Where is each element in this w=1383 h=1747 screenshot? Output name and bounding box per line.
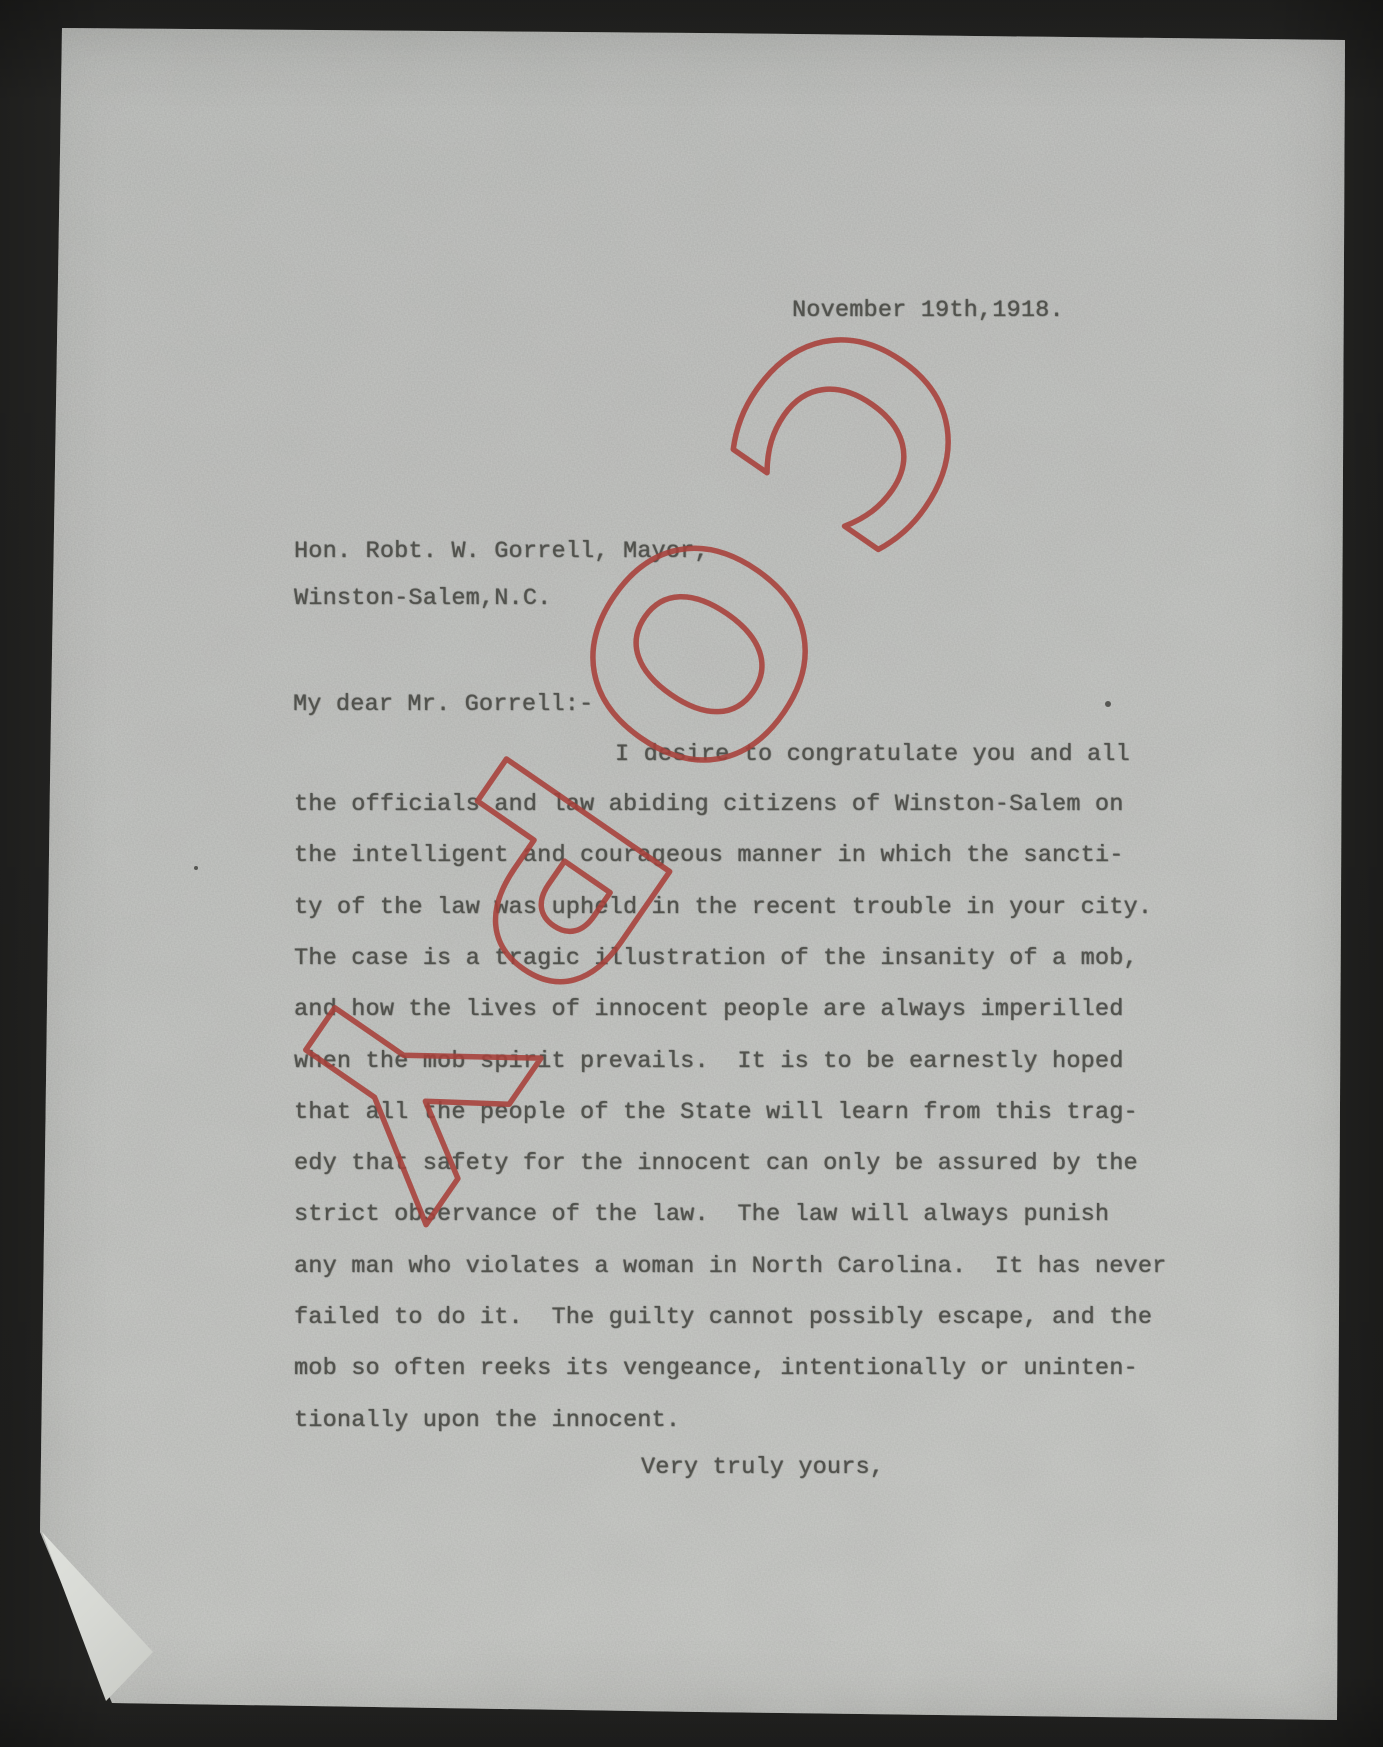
body-line: when the mob spirit prevails. It is to b… [294,1047,1124,1077]
body-line: edy that safety for the innocent can onl… [294,1149,1138,1179]
body-line: failed to do it. The guilty cannot possi… [294,1303,1152,1333]
body-line: tionally upon the innocent. [294,1406,680,1436]
body-line: mob so often reeks its vengeance, intent… [294,1354,1138,1384]
body-line: ty of the law was upheld in the recent t… [294,893,1152,923]
body-opening-line: I desire to congratulate you and all [615,740,1130,770]
recipient-line-2: Winston-Salem,N.C. [294,584,551,614]
body-line: the intelligent and courageous manner in… [294,841,1124,871]
body-line: the officials and law abiding citizens o… [294,790,1124,820]
body-line: and how the lives of innocent people are… [294,995,1124,1025]
closing-line: Very truly yours, [641,1453,884,1483]
body-line: that all the people of the State will le… [294,1098,1138,1128]
letter-text: November 19th,1918. Hon. Robt. W. Gorrel… [0,0,1383,1747]
ink-speck [194,866,198,870]
salutation-line: My dear Mr. Gorrell:- [293,690,593,720]
body-line: The case is a tragic illustration of the… [294,944,1138,974]
recipient-line-1: Hon. Robt. W. Gorrell, Mayor, [294,537,709,567]
body-line: strict observance of the law. The law wi… [294,1200,1109,1230]
date-line: November 19th,1918. [792,296,1064,326]
ink-speck [1105,701,1111,707]
body-line: any man who violates a woman in North Ca… [294,1252,1166,1282]
